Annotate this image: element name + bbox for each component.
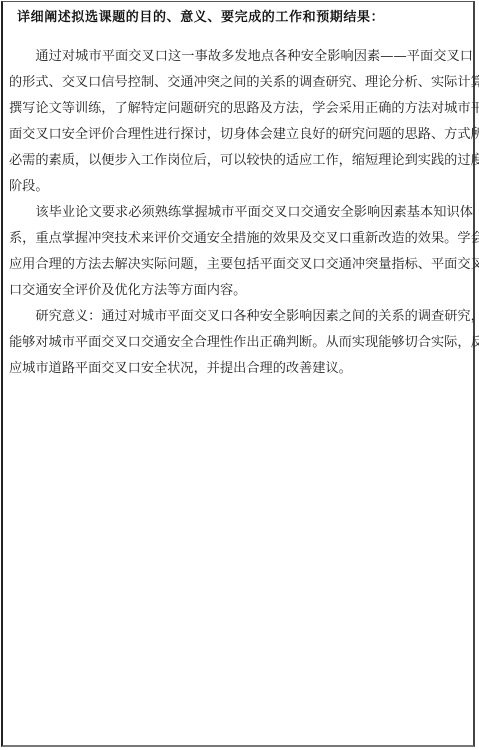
- document-body: 通过对城市平面交叉口这一事故多发地点各种安全影响因素——平面交叉口 的形式、交叉…: [9, 44, 473, 382]
- form-cell-border: 详细阐述拟选课题的目的、意义、要完成的工作和预期结果： 通过对城市平面交叉口这一…: [1, 1, 475, 747]
- text-line: 阶段。: [9, 174, 473, 200]
- text-line: 研究意义：通过对城市平面交叉口各种安全影响因素之间的关系的调查研究，: [9, 304, 473, 330]
- paragraph-purpose: 通过对城市平面交叉口这一事故多发地点各种安全影响因素——平面交叉口 的形式、交叉…: [9, 44, 473, 200]
- text-line: 系，重点掌握冲突技术来评价交通安全措施的效果及交叉口重新改造的效果。学会: [9, 226, 473, 252]
- text-line: 应城市道路平面交叉口安全状况，并提出合理的改善建议。: [9, 356, 473, 382]
- text-line: 通过对城市平面交叉口这一事故多发地点各种安全影响因素——平面交叉口: [9, 44, 473, 70]
- text-line: 面交叉口安全评价合理性进行探讨，切身体会建立良好的研究问题的思路、方式所: [9, 122, 473, 148]
- text-line: 的形式、交叉口信号控制、交通冲突之间的关系的调查研究、理论分析、实际计算、: [9, 70, 473, 96]
- text-line: 该毕业论文要求必须熟练掌握城市平面交叉口交通安全影响因素基本知识体: [9, 200, 473, 226]
- section-heading: 详细阐述拟选课题的目的、意义、要完成的工作和预期结果：: [17, 6, 384, 25]
- text-line: 应用合理的方法去解决实际问题，主要包括平面交叉口交通冲突量指标、平面交叉: [9, 252, 473, 278]
- paragraph-significance: 研究意义：通过对城市平面交叉口各种安全影响因素之间的关系的调查研究， 能够对城市…: [9, 304, 473, 382]
- text-line: 撰写论文等训练，了解特定问题研究的思路及方法，学会采用正确的方法对城市平: [9, 96, 473, 122]
- text-line: 必需的素质，以便步入工作岗位后，可以较快的适应工作，缩短理论到实践的过度: [9, 148, 473, 174]
- text-line: 能够对城市平面交叉口交通安全合理性作出正确判断。从而实现能够切合实际，反: [9, 330, 473, 356]
- paragraph-requirements: 该毕业论文要求必须熟练掌握城市平面交叉口交通安全影响因素基本知识体 系，重点掌握…: [9, 200, 473, 304]
- text-line: 口交通安全评价及优化方法等方面内容。: [9, 278, 473, 304]
